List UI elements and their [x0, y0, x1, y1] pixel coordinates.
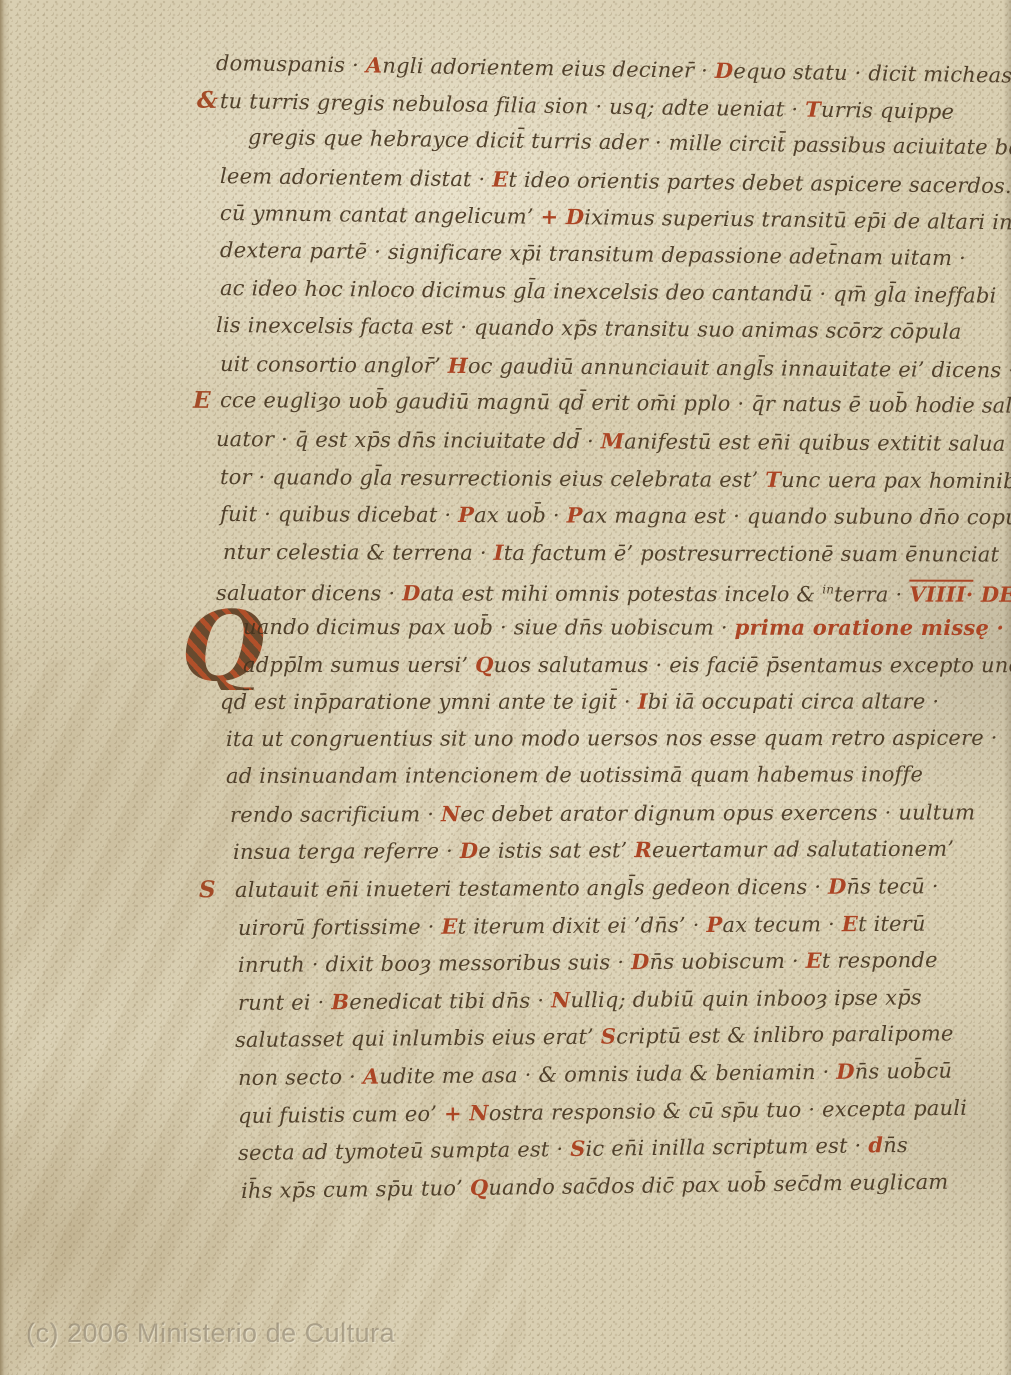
text-run: ntur celestia & terrena ·: [223, 540, 494, 565]
text-run: urris quippe: [821, 97, 955, 123]
text-run: ec debet arator dignum opus exercens · u…: [460, 800, 975, 826]
manuscript-line: saluator dicens · Data est mihi omnis po…: [216, 570, 988, 609]
text-run: equo statu · dicit micheas ·: [733, 59, 1011, 88]
manuscript-line: Ecce eugliȝo uob̄ gaudiū magnū qd̄ erit …: [220, 382, 988, 425]
text-run: ih̄s xp̄s cum sp̄u tuo’: [241, 1176, 470, 1203]
text-run: t ideo orientis partes debet aspicere sa…: [508, 167, 1011, 197]
rubricated-text-run: P: [567, 503, 583, 528]
text-run: fuit · quibus dicebat ·: [220, 502, 458, 527]
rubricated-text-run: D: [631, 949, 650, 974]
text-run: ac ideo hoc inloco dicimus gl̄a inexcels…: [220, 276, 997, 308]
rubricated-text-run: A: [363, 1064, 380, 1089]
rubricated-text-run: B: [331, 989, 349, 1014]
text-run: ostra responsio & cū sp̄u tuo · excepta …: [489, 1095, 968, 1124]
text-run: t responde: [822, 948, 938, 973]
text-run: dextera partē · significare xp̄i transit…: [220, 238, 966, 270]
manuscript-line: uator · q̄ est xp̄s dn̄s inciuitate dd̄ …: [216, 420, 988, 462]
text-run: adpp̄lm sumus uersi’: [243, 653, 475, 677]
text-run: enedicat tibi dn̄s ·: [349, 988, 551, 1014]
text-run: ata est mihi omnis potestas incelo &: [421, 582, 823, 607]
rubricated-text-run: + D: [540, 204, 584, 230]
text-run: uos salutamus · eis faciē p̄sentamus exc…: [494, 653, 1011, 677]
copyright-watermark: (c) 2006 Ministerio de Cultura: [26, 1318, 395, 1349]
manuscript-line: uirorū fortissime · Et iterum dixit ei ’…: [238, 904, 988, 946]
rubricated-text-run: E: [806, 948, 822, 973]
text-run: anifestū est en̄i quibus extitit salua: [624, 429, 1005, 455]
manuscript-line: ntur celestia & terrena · Ita factum ē’ …: [223, 533, 988, 573]
rubricated-text-run: d: [868, 1132, 883, 1157]
text-run: uando dicimus pax uob̄ · siue dn̄s uobis…: [243, 615, 735, 640]
text-run: qui fuistis cum eo’: [238, 1101, 444, 1127]
rubricated-text-run: VIIII·: [909, 582, 973, 607]
text-run: ad insinuandam intencionem de uotissimā …: [226, 763, 923, 789]
margin-initial: &: [197, 81, 219, 119]
text-run: terra ·: [834, 583, 909, 607]
manuscript-line: uando dicimus pax uob̄ · siue dn̄s uobis…: [243, 608, 988, 647]
text-run: ax tecum ·: [722, 912, 841, 937]
page-left-edge: [0, 0, 10, 1375]
text-run: bi iā occupati circa altare ·: [648, 690, 940, 714]
manuscript-line: insua terga referre · De istis sat est’ …: [233, 830, 988, 871]
page-right-edge: [1003, 0, 1011, 1375]
manuscript-line: fuit · quibus dicebat · Pax uob̄ · Pax m…: [220, 495, 988, 536]
text-run: alutauit en̄i inueteri testamento angl̄s…: [235, 875, 828, 902]
rubricated-text-run: prima oratione missę ·: [735, 615, 1004, 640]
text-run: ax magna est · quando subuno dn̄o copula: [583, 504, 1011, 530]
text-run: n̄s: [883, 1133, 908, 1157]
rubricated-text-run: T: [765, 466, 781, 491]
manuscript-page: Q domuspanis · Angli adorientem eius dec…: [0, 0, 1011, 1375]
text-run: uirorū fortissime ·: [238, 914, 442, 939]
rubricated-text-run: Q: [470, 1175, 489, 1200]
text-run: iximus superius transitū ep̄i de altari …: [584, 206, 1011, 235]
rubricated-text-run: N: [551, 987, 571, 1012]
rubricated-text-run: I: [494, 540, 504, 565]
text-run: uando sac̄dos dic̄ pax uob̄ sec̄dm eugli…: [488, 1170, 948, 1200]
manuscript-line: ad insinuandam intencionem de uotissimā …: [226, 756, 988, 795]
manuscript-line: tor · quando gl̄a resurrectionis eius ce…: [220, 458, 988, 500]
text-run: ta factum ē’ postresurrectionē suam ēnun…: [504, 541, 1000, 567]
rubricated-text-run: D: [836, 1059, 855, 1084]
manuscript-line: Salutauit en̄i inueteri testamento angl̄…: [235, 867, 988, 909]
rubricated-text-run: Q: [475, 652, 494, 677]
manuscript-line: qd̄ est inp̄paratione ymni ante te igit̄…: [220, 683, 988, 721]
manuscript-line: adpp̄lm sumus uersi’ Quos salutamus · ei…: [243, 646, 988, 684]
text-run: insua terga referre ·: [233, 839, 460, 864]
text-run: ita ut congruentius sit uno modo uersos …: [226, 725, 998, 750]
text-run: e istis sat est’: [478, 839, 634, 864]
text-run: inruth · dixit booȝ messoribus suis ·: [238, 950, 631, 977]
text-run: secta ad tymoteū sumpta est ·: [238, 1137, 570, 1165]
text-run: n̄s tecū ·: [846, 874, 938, 898]
rubricated-text-run: R: [634, 838, 652, 863]
rubricated-text-run: D: [402, 581, 420, 606]
text-run: euertamur ad salutationem’: [652, 837, 954, 862]
text-run: cce eugliȝo uob̄ gaudiū magnū qd̄ erit o…: [220, 388, 1011, 418]
text-run: cū ymnum cantat angelicum’: [220, 201, 541, 229]
rubricated-text-run: P: [706, 912, 722, 937]
text-run: ax uob̄ ·: [474, 503, 567, 527]
text-run: oc gaudiū annunciauit angl̄s innauitate …: [468, 354, 1011, 382]
rubricated-text-run: E: [842, 911, 858, 936]
rubricated-text-run: E: [492, 166, 509, 191]
rubricated-text-run: I: [638, 689, 648, 714]
rubricated-text-run: M: [601, 428, 625, 453]
text-run: unc uera pax hominib’: [781, 467, 1011, 492]
rubricated-text-run: A: [366, 52, 383, 77]
text-run: tu turris gregis nebulosa filia sion · u…: [220, 89, 806, 122]
rubricated-text-run: DE: [973, 582, 1011, 607]
margin-initial: S: [199, 871, 216, 909]
text-run: ic en̄i inilla scriptum est ·: [585, 1134, 868, 1161]
margin-initial: E: [193, 382, 211, 420]
text-run: ulliq; dubiū quin inbooȝ ipse xp̄s: [570, 985, 922, 1012]
rubricated-text-run: S: [570, 1136, 586, 1161]
text-run: udite me asa · & omnis iuda & beniamin ·: [379, 1060, 836, 1089]
text-run: salutasset qui inlumbis eius erat’: [235, 1025, 601, 1052]
text-run: runt ei ·: [238, 990, 332, 1015]
text-block: Q domuspanis · Angli adorientem eius dec…: [183, 44, 988, 1209]
text-run: domuspanis ·: [216, 51, 366, 77]
text-run: criptū est & inlibro paralipome: [616, 1022, 954, 1049]
rubricated-text-run: D: [460, 838, 479, 863]
manuscript-line: inruth · dixit booȝ messoribus suis · Dn…: [238, 941, 988, 984]
text-run: uit consortio anglor̄’: [220, 352, 448, 378]
text-run: uator · q̄ est xp̄s dn̄s inciuitate dd̄ …: [216, 427, 601, 453]
rubricated-text-run: T: [805, 96, 821, 121]
rubricated-text-run: + N: [444, 1100, 489, 1125]
manuscript-line: rendo sacrificium · Nec debet arator dig…: [230, 793, 988, 833]
text-run: n̄s uob̄cū: [855, 1059, 953, 1084]
rubricated-text-run: P: [458, 502, 474, 527]
text-run: lis inexcelsis facta est · quando xp̄s t…: [216, 313, 962, 344]
rubricated-text-run: in: [822, 583, 834, 597]
text-run: ngli adorientem eius deciner̄ ·: [382, 54, 715, 83]
text-run: non secto ·: [238, 1065, 363, 1090]
text-run: leem adorientem distat ·: [220, 164, 493, 191]
text-run: n̄s uobiscum ·: [649, 949, 805, 974]
rubricated-text-run: E: [441, 913, 457, 938]
text-run: gregis que hebrayce dicit̄ turris ader ·…: [248, 125, 1011, 160]
rubricated-text-run: S: [601, 1024, 617, 1049]
manuscript-line: ita ut congruentius sit uno modo uersos …: [226, 719, 988, 758]
rubricated-text-run: D: [828, 874, 847, 899]
text-run: saluator dicens ·: [216, 581, 402, 605]
text-run: rendo sacrificium ·: [230, 802, 441, 827]
text-run: t iterum dixit ei ’dn̄s’ ·: [458, 913, 707, 939]
rubricated-text-run: N: [441, 801, 460, 826]
text-run: qd̄ est inp̄paratione ymni ante te igit̄…: [220, 690, 638, 714]
rubricated-text-run: D: [715, 58, 734, 83]
rubricated-text-run: H: [448, 353, 468, 378]
text-run: t iterū: [858, 911, 926, 935]
text-run: tor · quando gl̄a resurrectionis eius ce…: [220, 465, 765, 492]
